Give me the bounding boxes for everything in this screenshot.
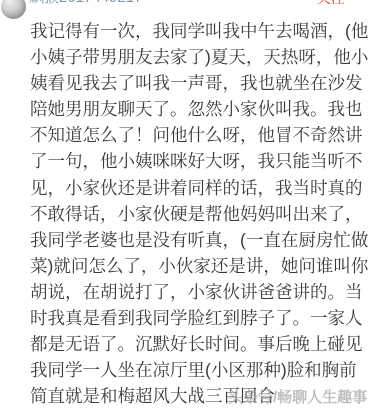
- post-text-line: 姨看见我去了叫我一声哥，我也就坐在沙发: [30, 70, 374, 96]
- post-text-line: 胡说，在胡说打了，小家伙讲爸爸讲的。当: [30, 279, 374, 305]
- post-text-line: 陪她男朋友聊天了。忽然小家伙叫我。我也: [30, 96, 374, 122]
- post-screen: 飙猴2017449217 关注 我记得有一次，我同学叫我中午去喝酒，(他小姨子带…: [0, 0, 374, 413]
- post-text-line: 小姨子带男朋友去家了)夏天，天热呀，他小: [30, 44, 374, 70]
- post-text-line: 见，小家伙还是讲着同样的话，我当时真的: [30, 175, 374, 201]
- watermark: 头条号/畅聊人生趣事: [228, 389, 367, 407]
- post-text-line: 菜)就问怎么了，小伙家还是讲，她问谁叫你: [30, 253, 374, 279]
- post-text-line: 时我真是看到我同学脸红到脖子了。一家人: [30, 305, 374, 331]
- username[interactable]: 飙猴2017449217: [29, 0, 142, 6]
- user-avatar-icon[interactable]: [1, 0, 26, 19]
- post-text: 我记得有一次，我同学叫我中午去喝酒，(他小姨子带男朋友去家了)夏天，天热呀，他小…: [30, 18, 374, 409]
- post-text-line: 我同学老婆也是没有听真，(一直在厨房忙做: [30, 227, 374, 253]
- post-text-line: 我同学一人坐在凉厅里(小区那种)脸和胸前: [30, 357, 374, 383]
- post-text-line: 了一句，他小姨咪咪好大呀，我只能当听不: [30, 148, 374, 174]
- post-text-line: 我记得有一次，我同学叫我中午去喝酒，(他: [30, 18, 374, 44]
- post-text-line: 不敢得话，小家伙硬是帮他妈妈叫出来了，: [30, 201, 374, 227]
- follow-button[interactable]: 关注: [317, 0, 345, 5]
- post-text-line: 不知道怎么了！问他什么呀，他冒不奇然讲: [30, 122, 374, 148]
- post-text-line: 都是无语了。沉默好长时间。事后晚上碰见: [30, 331, 374, 357]
